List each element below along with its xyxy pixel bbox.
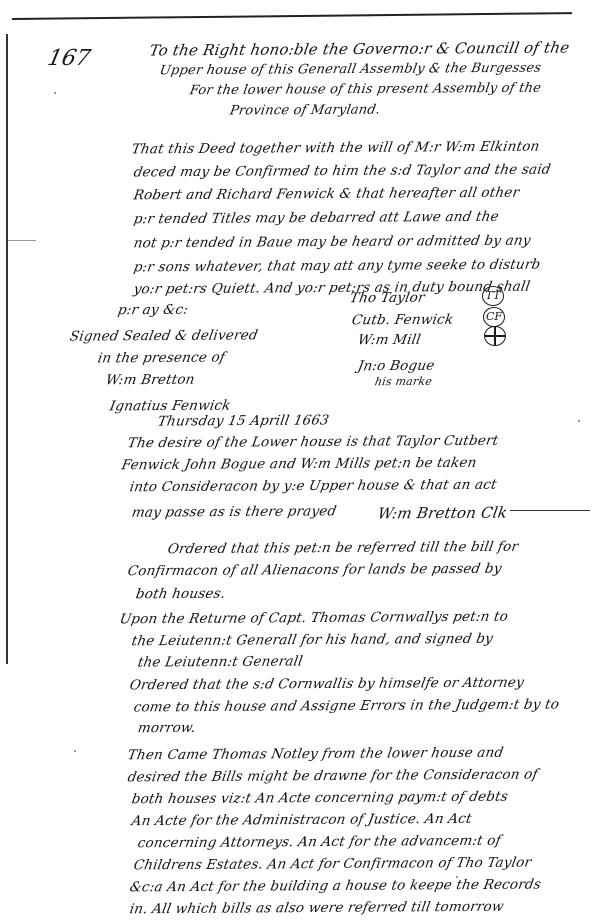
minutes-line-4: may passe as is there prayed [131,503,338,520]
attest-line-2: in the presence of [97,350,227,367]
order3-line-3: both houses viz:t An Acte concerning pay… [130,789,509,808]
cross-mark-icon [484,326,506,346]
heading-line-1: To the Right hono:ble the Governo:r & Co… [148,39,571,60]
body-line-6: p:r sons whatever, that may att any tyme… [132,257,541,276]
signatory-1-mark: TT [482,286,504,306]
order2-line-1: Upon the Returne of Capt. Thomas Cornwal… [118,609,509,628]
body-line-2: deced may be Confirmed to him the s:d Ta… [132,162,552,181]
order3-line-6: Childrens Estates. An Act for Confirmaco… [132,855,532,874]
clerk-signature: W:m Bretton Clk [376,504,508,523]
order2-line-2: the Leiutenn:t Generall for his hand, an… [130,631,494,650]
signatory-1: Tho Taylor [349,290,426,307]
order2-line-5: come to this house and Assigne Errors in… [132,697,560,716]
order3-line-7: &c:a An Act for the building a house to … [128,877,542,896]
minutes-line-3: into Consideracon by y:e Upper house & t… [128,477,498,496]
body-line-8: p:r ay &c: [117,302,190,318]
signature-flourish [510,510,590,511]
scan-speck [54,92,56,94]
signatory-3: W:m Mill [357,332,423,348]
page-top-edge [12,12,572,20]
signatory-4-note: his marke [374,375,433,388]
heading-line-4: Province of Maryland. [229,102,382,118]
order3-line-8: in. All which bills as also were referre… [128,899,505,918]
heading-line-2: Upper house of this Generall Assembly & … [159,61,543,79]
order2-line-6: morrow. [137,720,197,736]
witness-2: Ignatius Fenwick [109,398,232,415]
body-line-4: p:r tended Titles may be debarred att La… [132,209,500,228]
order3-line-5: concerning Attorneys. An Act for the adv… [136,833,502,852]
body-line-3: Robert and Richard Fenwick & that hereaf… [132,185,520,204]
scan-speck [560,50,562,52]
date-line: Thursday 15 Aprill 1663 [157,412,331,429]
body-line-7: yo:r pet:rs Quiett. And yo:r pet:rs as i… [132,279,531,298]
scan-speck [456,876,458,878]
margin-rule [8,240,36,241]
attest-line-1: Signed Sealed & delivered [69,327,260,344]
order3-line-4: An Acte for the Administracon of Justice… [130,811,473,829]
order1-line-1: Ordered that this pet:n be referred till… [166,539,519,557]
body-line-1: That this Deed together with the will of… [130,139,540,158]
order3-line-1: Then Came Thomas Notley from the lower h… [126,745,504,764]
folio-number: 167 [45,46,92,71]
signatory-2: Cutb. Fenwick [351,312,455,329]
order2-line-3: the Leiutenn:t Generall [137,653,305,670]
minutes-line-1: The desire of the Lower house is that Ta… [126,433,499,452]
order3-line-2: desired the Bills might be drawne for th… [126,767,539,786]
order2-line-4: Ordered that the s:d Cornwallis by himse… [128,675,525,694]
body-line-5: not p:r tended in Baue may be heard or a… [132,233,532,252]
witness-1: W:m Bretton [105,372,196,389]
minutes-line-2: Fenwick John Bogue and W:m Mills pet:n b… [120,455,478,473]
signatory-4: Jn:o Bogue [357,358,436,375]
heading-line-3: For the lower house of this present Asse… [189,81,543,98]
order1-line-3: both houses. [135,586,227,603]
order1-line-2: Confirmacon of all Alienacons for lands … [126,561,503,580]
scan-speck [74,750,76,752]
scan-speck [578,420,580,422]
signatory-2-mark: CF [483,307,505,327]
page-left-edge [6,34,8,664]
